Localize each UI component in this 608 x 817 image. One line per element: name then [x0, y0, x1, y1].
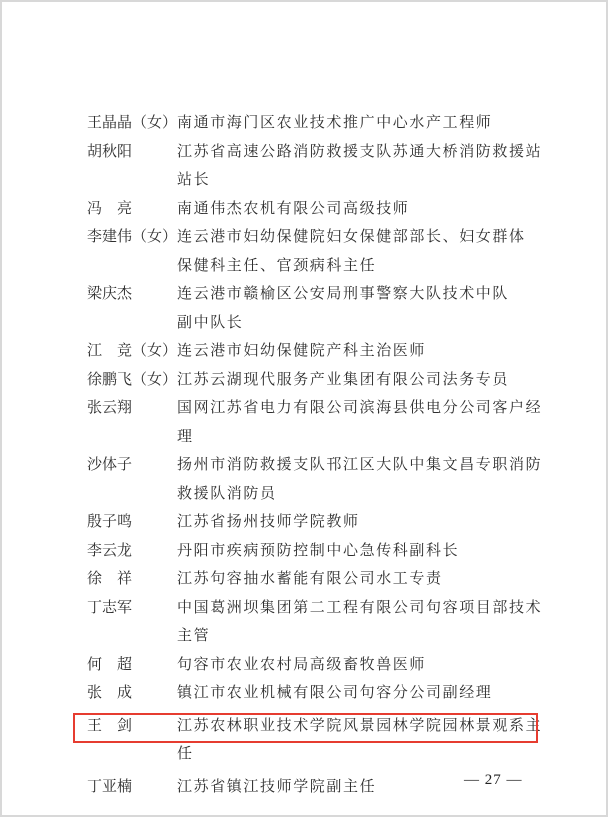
table-row: 李云龙 丹阳市疾病预防控制中心急传科副科长 [87, 537, 549, 566]
person-title: 国网江苏省电力有限公司滨海县供电分公司客户经理 [177, 394, 549, 451]
person-name: 沙体子 [87, 451, 177, 480]
award-roster-list: 王晶晶（女） 南通市海门区农业技术推广中心水产工程师 胡秋阳 江苏省高速公路消防… [87, 109, 549, 801]
table-row: 张云翔 国网江苏省电力有限公司滨海县供电分公司客户经理 [87, 394, 549, 451]
table-row: 徐鹏飞（女） 江苏云湖现代服务产业集团有限公司法务专员 [87, 366, 549, 395]
table-row: 李建伟（女） 连云港市妇幼保健院妇女保健部部长、妇女群体 保健科主任、官颈病科主… [87, 223, 549, 280]
table-row: 江 竞（女） 连云港市妇幼保健院产科主治医师 [87, 337, 549, 366]
person-title: 连云港市妇幼保健院产科主治医师 [177, 337, 549, 366]
person-title: 中国葛洲坝集团第二工程有限公司句容项目部技术 主管 [177, 594, 549, 651]
person-title: 连云港市妇幼保健院妇女保健部部长、妇女群体 保健科主任、官颈病科主任 [177, 223, 549, 280]
person-title: 江苏句容抽水蓄能有限公司水工专责 [177, 565, 549, 594]
table-row: 冯 亮 南通伟杰农机有限公司高级技师 [87, 195, 549, 224]
person-name: 张云翔 [87, 394, 177, 423]
person-name: 何 超 [87, 651, 177, 680]
person-name: 徐 祥 [87, 565, 177, 594]
table-row: 殷子鸣 江苏省扬州技师学院教师 [87, 508, 549, 537]
person-title: 镇江市农业机械有限公司句容分公司副经理 [177, 679, 549, 708]
person-title: 丹阳市疾病预防控制中心急传科副科长 [177, 537, 549, 566]
table-row: 胡秋阳 江苏省高速公路消防救援支队苏通大桥消防救援站 站长 [87, 138, 549, 195]
person-name: 王 剑 [87, 712, 177, 741]
table-row: 王晶晶（女） 南通市海门区农业技术推广中心水产工程师 [87, 109, 549, 138]
person-title: 扬州市消防救援支队邗江区大队中集文昌专职消防 救援队消防员 [177, 451, 549, 508]
person-name: 胡秋阳 [87, 138, 177, 167]
table-row: 丁志军 中国葛洲坝集团第二工程有限公司句容项目部技术 主管 [87, 594, 549, 651]
page-number: — 27 — [464, 772, 523, 789]
person-name: 张 成 [87, 679, 177, 708]
person-name: 徐鹏飞（女） [87, 366, 177, 395]
person-title: 江苏云湖现代服务产业集团有限公司法务专员 [177, 366, 549, 395]
person-title: 江苏省扬州技师学院教师 [177, 508, 549, 537]
person-title: 南通伟杰农机有限公司高级技师 [177, 195, 549, 224]
person-name: 李建伟（女） [87, 223, 177, 252]
person-name: 王晶晶（女） [87, 109, 177, 138]
table-row: 何 超 句容市农业农村局高级畜牧兽医师 [87, 651, 549, 680]
table-row: 徐 祥 江苏句容抽水蓄能有限公司水工专责 [87, 565, 549, 594]
person-title: 连云港市赣榆区公安局刑事警察大队技术中队 副中队长 [177, 280, 549, 337]
person-title: 江苏农林职业技术学院风景园林学院园林景观系主任 [177, 712, 549, 769]
person-name: 丁亚楠 [87, 773, 177, 802]
document-page: 王晶晶（女） 南通市海门区农业技术推广中心水产工程师 胡秋阳 江苏省高速公路消防… [0, 0, 608, 817]
person-title: 南通市海门区农业技术推广中心水产工程师 [177, 109, 549, 138]
person-name: 梁庆杰 [87, 280, 177, 309]
table-row: 张 成 镇江市农业机械有限公司句容分公司副经理 [87, 679, 549, 708]
person-title: 江苏省高速公路消防救援支队苏通大桥消防救援站 站长 [177, 138, 549, 195]
person-name: 李云龙 [87, 537, 177, 566]
person-title: 句容市农业农村局高级畜牧兽医师 [177, 651, 549, 680]
table-row: 梁庆杰 连云港市赣榆区公安局刑事警察大队技术中队 副中队长 [87, 280, 549, 337]
person-name: 殷子鸣 [87, 508, 177, 537]
table-row-highlighted: 王 剑 江苏农林职业技术学院风景园林学院园林景观系主任 [87, 712, 549, 769]
table-row: 沙体子 扬州市消防救援支队邗江区大队中集文昌专职消防 救援队消防员 [87, 451, 549, 508]
person-name: 丁志军 [87, 594, 177, 623]
person-name: 江 竞（女） [87, 337, 177, 366]
person-name: 冯 亮 [87, 195, 177, 224]
